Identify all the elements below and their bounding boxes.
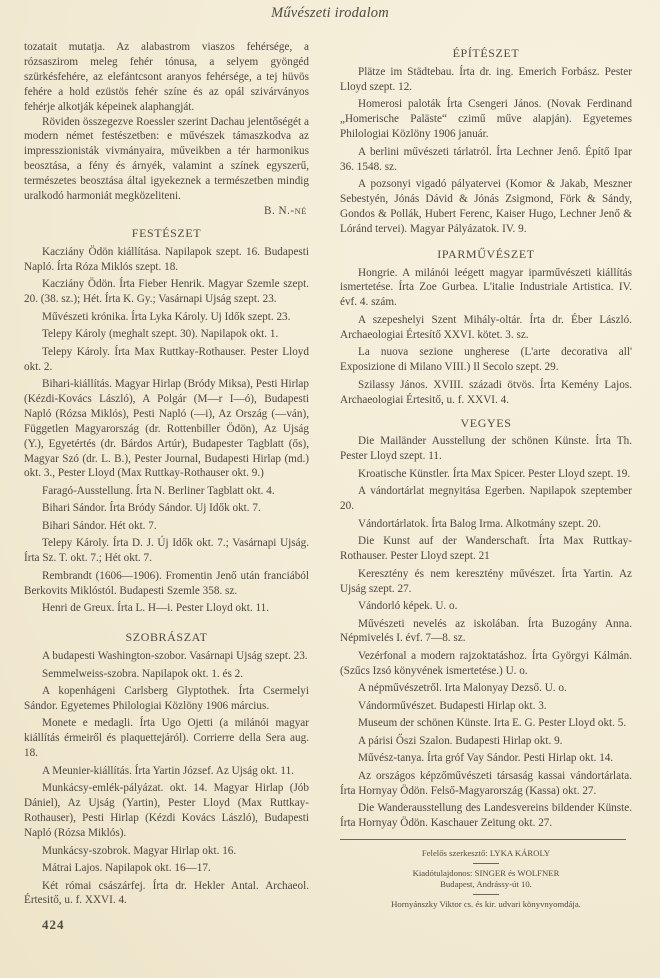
bibliography-entry: Vándortárlatok. Írta Balog Irma. Alkotmá… [340,517,632,532]
imprint: Felelős szerkesztő: LYKA KÁROLY Kiadótul… [340,848,632,910]
bibliography-entry: A szepeshelyi Szent Mihály-oltár. Írta d… [340,313,632,343]
bibliography-entry: Museum der schönen Künste. Irta E. G. Pe… [340,716,632,731]
signature-suffix: NÉ [295,206,307,216]
bibliography-entry: Kroatische Künstler. Írta Max Spicer. Pe… [340,467,632,482]
bibliography-entry: A Meunier-kiállítás. Írta Yartin József.… [24,764,309,779]
bibliography-entry: A népművészetről. Irta Malonyay Dezső. U… [340,681,632,696]
bibliography-entry: Telepy Károly (meghalt szept. 30). Napil… [24,327,309,342]
right-column: ÉPÍTÉSZET Plätze im Städtebau. Írta dr. … [340,46,632,910]
section-heading-festeszet: FESTÉSZET [24,226,309,241]
section-heading-epiteszet: ÉPÍTÉSZET [340,46,632,61]
bibliography-entry: Plätze im Städtebau. Írta dr. ing. Emeri… [340,65,632,95]
section-heading-szobraszat: SZOBRÁSZAT [24,630,309,645]
bibliography-entry: Kacziány Ödön. Írta Fieber Henrik. Magya… [24,277,309,307]
bibliography-entry: Művészeti nevelés az iskolában. Írta Buz… [340,617,632,647]
imprint-printer: Hornyánszky Viktor cs. és kir. udvari kö… [340,899,632,911]
imprint-address: Budapest, Andrássy-út 10. [340,879,632,891]
bibliography-entry: Az országos képzőművészeti társaság kass… [340,769,632,799]
bibliography-entry: Vándorművészet. Budapesti Hirlap okt. 3. [340,699,632,714]
page-number: 424 [42,918,309,933]
bibliography-entry: Két római császárfej. Írta dr. Hekler An… [24,879,309,909]
bibliography-entry: Faragó-Ausstellung. Írta N. Berliner Tag… [24,484,309,499]
bibliography-entry: Vezérfonal a modern rajzoktatáshoz. Írta… [340,649,632,679]
bibliography-entry: Homerosi paloták Írta Csengeri János. (N… [340,97,632,142]
bibliography-entry: Telepy Károly. Írta Max Ruttkay-Rothause… [24,345,309,375]
bibliography-entry: Bihari Sándor. Írta Bródy Sándor. Uj Idő… [24,501,309,516]
bibliography-entry: Munkácsy-emlék-pályázat. okt. 14. Magyar… [24,781,309,841]
author-signature: B. N.-NÉ [24,204,309,219]
bibliography-entry: Kacziány Ödön kiállítása. Napilapok szep… [24,245,309,275]
section-heading-vegyes: VEGYES [340,416,632,431]
bibliography-entry: Henri de Greux. Írta L. H—i. Pester Lloy… [24,601,309,616]
imprint-short-divider [473,863,499,864]
intro-paragraph: Röviden összegezve Roessler szerint Dach… [24,115,309,204]
bibliography-entry: La nuova sezione ungherese (L'arte decor… [340,345,632,375]
bibliography-entry: Bihari Sándor. Hét okt. 7. [24,519,309,534]
bibliography-entry: A párisi Őszi Szalon. Budapesti Hirlap o… [340,734,632,749]
bibliography-entry: A vándortárlat megnyitása Egerben. Napil… [340,484,632,514]
bibliography-entry: Mátrai Lajos. Napilapok okt. 16—17. [24,861,309,876]
intro-paragraph: tozatait mutatja. Az alabastrom viaszos … [24,40,309,115]
left-column: tozatait mutatja. Az alabastrom viaszos … [24,40,309,933]
imprint-publisher: Kiadótulajdonos: SINGER és WOLFNER [340,868,632,880]
bibliography-entry: Die Kunst auf der Wanderschaft. Írta Max… [340,534,632,564]
bibliography-entry: Semmelweiss-szobra. Napilapok okt. 1. és… [24,667,309,682]
bibliography-entry: Vándorló képek. U. o. [340,599,632,614]
bibliography-entry: Munkácsy-szobrok. Magyar Hirlap okt. 16. [24,844,309,859]
bibliography-entry: A kopenhágeni Carlsberg Glyptothek. Írta… [24,684,309,714]
bibliography-entry: Telepy Károly. Írta D. J. Új Idők okt. 7… [24,536,309,566]
bibliography-entry: Keresztény és nem keresztény művészet. Í… [340,567,632,597]
bibliography-entry: A pozsonyi vigadó pályatervei (Komor & J… [340,177,632,237]
signature-initials: B. N.- [264,205,295,217]
imprint-editor: Felelős szerkesztő: LYKA KÁROLY [340,848,632,860]
imprint-divider [340,839,626,840]
imprint-short-divider [473,894,499,895]
bibliography-entry: Rembrandt (1606—1906). Fromentin Jenő ut… [24,569,309,599]
bibliography-entry: A budapesti Washington-szobor. Vasárnapi… [24,649,309,664]
bibliography-entry: Művész-tanya. Írta gróf Vay Sándor. Pest… [340,751,632,766]
section-heading-iparmuveszet: IPARMŰVÉSZET [340,247,632,262]
running-head: Művészeti irodalom [0,5,660,22]
bibliography-entry: Művészeti krónika. Írta Lyka Károly. Uj … [24,310,309,325]
bibliography-entry: Szilassy János. XVIII. századi ötvös. Ír… [340,378,632,408]
bibliography-entry: Die Wanderausstellung des Landesvereins … [340,801,632,831]
bibliography-entry: Monete e medagli. Írta Ugo Ojetti (a mil… [24,716,309,761]
bibliography-entry: A berlini művészeti tárlatról. Írta Lech… [340,145,632,175]
bibliography-entry: Die Mailänder Ausstellung der schönen Kü… [340,434,632,464]
bibliography-entry: Bihari-kiállítás. Magyar Hirlap (Bródy M… [24,377,309,481]
bibliography-entry: Hongrie. A milánói leégett magyar iparmű… [340,266,632,311]
